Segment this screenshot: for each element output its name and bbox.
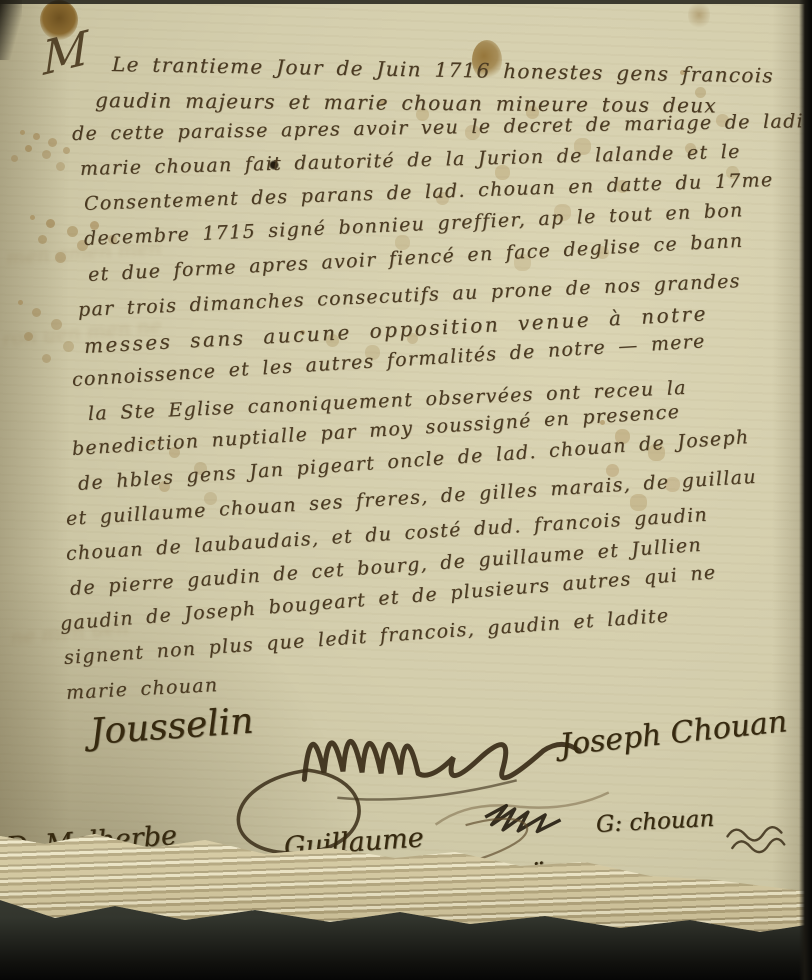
- margin-mark: M: [42, 20, 90, 87]
- photo-edge-corner: [0, 0, 22, 60]
- photo-edge-right: [799, 0, 812, 980]
- ink-stain: [688, 0, 710, 30]
- foxing-speckles: [20, 130, 25, 135]
- scanned-register-page: men amen men ron uen men ne ne men uen M…: [0, 0, 812, 980]
- foxing-speckles: [30, 215, 35, 220]
- foxing-speckles: [18, 300, 23, 305]
- photo-edge-top: [0, 0, 812, 4]
- g-chouan-flourish: [725, 820, 798, 865]
